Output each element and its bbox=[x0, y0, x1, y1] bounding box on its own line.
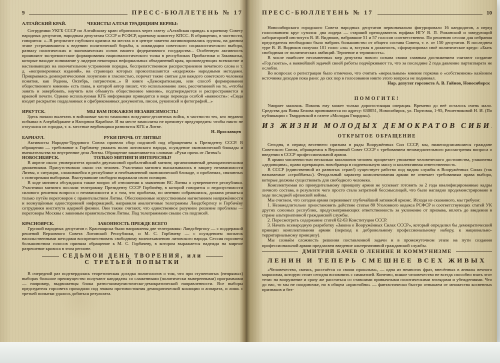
masthead: ПРЕСС-БЮЛЛЕТЕНЬ № 17 bbox=[262, 9, 373, 16]
section-body: Активисты Народно-Трудового Союза провел… bbox=[22, 140, 243, 155]
demand-item: 1. Незамедлительно приостановить действи… bbox=[262, 202, 492, 217]
appeal-heading: ИЗ ЖИЗНИ МОЛОДЫХ ДЕМОКРАТОВ СИБИРИ bbox=[262, 122, 492, 132]
appeal-body: Сегодня, в период весеннего призыва в ря… bbox=[262, 142, 492, 248]
feature-title-line1: СЕДЬМОЙ ДЕНЬ ТВОРЕНИЯ, или bbox=[63, 253, 203, 259]
divider-rule bbox=[262, 252, 298, 253]
page-number: 9 bbox=[22, 10, 25, 16]
section-paragraph: «Человечество, смеясь, расстаётся со сво… bbox=[262, 267, 492, 292]
section-paragraph: Умирает мальчик. Помочь ему может только… bbox=[262, 103, 492, 118]
section-location: АЛТАЙСКИЙ КРАЙ. bbox=[22, 21, 243, 26]
lenin-title: ЛЕНИН И ТЕПЕРЬ СМЕШНЕЕ ВСЕХ ЖИВЫХ bbox=[262, 257, 492, 264]
divider-rule bbox=[456, 252, 492, 253]
section-paragraph: Новосибирского городского Совета народны… bbox=[262, 25, 492, 55]
heading-dash bbox=[42, 256, 59, 257]
demand-item: 3. Начать всенародную разработку «Закона… bbox=[262, 223, 492, 238]
left-page-header: 9 ПРЕСС-БЮЛЛЕТЕНЬ № 17 bbox=[22, 9, 243, 20]
continuation-body: Новосибирского городского Совета народны… bbox=[262, 25, 492, 94]
section-body: Здесь начали вылетать в войсковые части … bbox=[22, 114, 243, 134]
section-paragraph: В апреле около университета прошёл двухч… bbox=[22, 160, 243, 180]
header-rule bbox=[29, 15, 128, 16]
lenin-body: «Человечество, смеясь, расстаётся со сво… bbox=[262, 267, 492, 297]
scanned-bulletin-spread: 9 ПРЕСС-БЮЛЛЕТЕНЬ № 17 ЧЕКИСТЫ АЛТАЯ ТРА… bbox=[0, 0, 500, 363]
section-paragraph: Активисты Народно-Трудового Союза провел… bbox=[22, 140, 243, 155]
lenin-heading: ЛЕНИН И ТЕПЕРЬ СМЕШНЕЕ ВСЕХ ЖИВЫХ bbox=[262, 257, 492, 266]
feature-body: В очередной раз подтвердилась теоретичес… bbox=[22, 271, 243, 297]
appeal-subtitle: ОТКРЫТОЕ ОБРАЩЕНИЕ bbox=[262, 134, 492, 139]
section-paragraph: Группой народных депутатов г. Красноярск… bbox=[22, 226, 243, 251]
column-divider: ДМИТРИЙ БАЧЕВ О ЛЕНИНЕ И КОММУНИЗМЕ bbox=[262, 249, 492, 256]
help-heading: ПОМОГИТЕ! bbox=[262, 96, 492, 103]
appeal-closing: Мы сознаём сложность решения поставленно… bbox=[262, 238, 492, 248]
section-paragraph: В числе наиболее несомненных мер депутат… bbox=[262, 55, 492, 70]
appeal-subheading: ОТКРЫТОЕ ОБРАЩЕНИЕ bbox=[262, 134, 492, 141]
appeal-paragraph: В СССР (единственной из развитых стран!)… bbox=[262, 167, 492, 182]
column-title: ДМИТРИЙ БАЧЕВ О ЛЕНИНЕ И КОММУНИЗМЕ bbox=[302, 249, 452, 255]
help-title: ПОМОГИТЕ! bbox=[262, 96, 492, 102]
appeal-paragraph: Комплектуемая по принудительному принцип… bbox=[262, 182, 492, 197]
right-page-header: ПРЕСС-БЮЛЛЕТЕНЬ № 17 10 bbox=[262, 9, 492, 20]
section-header: ЧЕКИСТЫ АЛТАЯ ТРАДИЦИЯМ ВЕРНЫ: АЛТАЙСКИЙ… bbox=[22, 21, 243, 28]
feature-heading: СЕДЬМОЙ ДЕНЬ ТВОРЕНИЯ, или С ТРЕТЬЕЙ ПОП… bbox=[22, 253, 243, 269]
appeal-paragraph: В армии численностью несколько миллионов… bbox=[262, 157, 492, 167]
section-signature: Нар. депутат горсовета А. В. Гайнов, Нов… bbox=[262, 80, 492, 85]
section-signature: Н. Ярославцев bbox=[22, 129, 243, 134]
section-signature: А. Валитов bbox=[22, 251, 243, 252]
section-paragraph: В ходе митинга обсуждался также вопрос о… bbox=[22, 180, 243, 215]
section-paragraph: Здесь начали вылетать в войсковые части … bbox=[22, 114, 243, 129]
section-paragraph: В очередной раз подтвердилась теоретичес… bbox=[22, 271, 243, 296]
appeal-title: ИЗ ЖИЗНИ МОЛОДЫХ ДЕМОКРАТОВ СИБИРИ bbox=[262, 122, 492, 130]
header-rule bbox=[377, 15, 482, 16]
section-paragraph: Во вопросах о регистрации было отмечено,… bbox=[262, 70, 492, 80]
help-body: Умирает мальчик. Помочь ему может только… bbox=[262, 103, 492, 121]
appeal-paragraph: Сегодня, в период весеннего призыва в ря… bbox=[262, 142, 492, 157]
print-layer: 9 ПРЕСС-БЮЛЛЕТЕНЬ № 17 ЧЕКИСТЫ АЛТАЯ ТРА… bbox=[0, 0, 497, 342]
page-number: 10 bbox=[487, 10, 493, 16]
heading-dash bbox=[206, 256, 223, 257]
section-paragraph: Сотрудники УКГБ СССР по Алтайскому краю … bbox=[22, 28, 243, 104]
masthead: ПРЕСС-БЮЛЛЕТЕНЬ № 17 bbox=[132, 9, 243, 16]
section-body: Группой народных депутатов г. Красноярск… bbox=[22, 226, 243, 252]
feature-title-line2: С ТРЕТЬЕЙ ПОПЫТКИ bbox=[22, 259, 243, 265]
backdrop bbox=[0, 342, 500, 363]
section-body: Сотрудники УКГБ СССР по Алтайскому краю … bbox=[22, 28, 243, 108]
section-body: В апреле около университета прошёл двухч… bbox=[22, 160, 243, 220]
